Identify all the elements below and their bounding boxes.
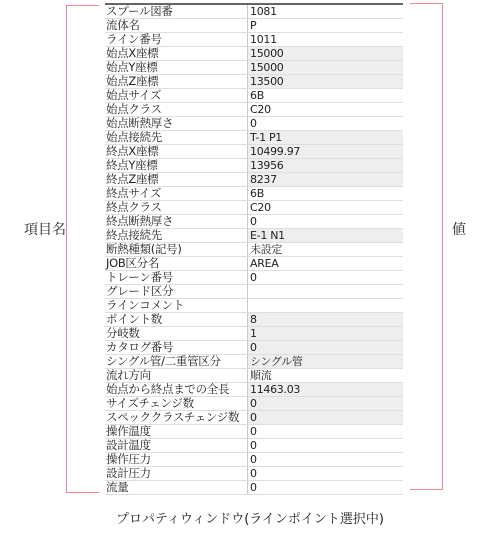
property-row[interactable]: サイズチェンジ数0 [105,397,403,411]
property-name: 終点接続先 [105,229,248,242]
property-value[interactable]: 0 [248,481,403,494]
property-row[interactable]: ラインコメント [105,299,403,313]
property-row[interactable]: 終点X座標10499.97 [105,145,403,159]
property-name: 終点クラス [105,201,248,214]
property-name: 流れ方向 [105,369,248,382]
property-name: 始点Y座標 [105,61,248,74]
property-name: 設計圧力 [105,467,248,480]
value-bracket [410,3,443,490]
property-row[interactable]: 設計温度0 [105,439,403,453]
property-value: 0 [248,411,403,424]
property-name: トレーン番号 [105,271,248,284]
property-value: 15000 [248,47,403,60]
property-name: ライン番号 [105,33,248,46]
property-name: シングル管/二重管区分 [105,355,248,368]
property-row[interactable]: 始点から終点までの全長11463.03 [105,383,403,397]
property-value: 10499.97 [248,145,403,158]
property-name: ラインコメント [105,299,248,312]
property-value: 13956 [248,159,403,172]
property-name: 分岐数 [105,327,248,340]
property-name: サイズチェンジ数 [105,397,248,410]
property-row[interactable]: 終点断熱厚さ0 [105,215,403,229]
property-name: ポイント数 [105,313,248,326]
property-value[interactable]: 6B [248,187,403,200]
property-value[interactable]: 6B [248,89,403,102]
property-value: 8237 [248,173,403,186]
property-name: 終点Z座標 [105,173,248,186]
property-name: 設計温度 [105,439,248,452]
property-value[interactable]: 順流 [248,369,403,382]
property-row[interactable]: シングル管/二重管区分シングル管 [105,355,403,369]
property-name: 終点Y座標 [105,159,248,172]
property-value[interactable]: 0 [248,117,403,130]
property-name: 終点断熱厚さ [105,215,248,228]
property-name: スプール図番 [105,5,248,18]
value-label: 値 [452,219,466,239]
property-value: E-1 N1 [248,229,403,242]
figure-caption: プロパティウィンドウ(ラインポイント選択中) [0,508,500,527]
property-row[interactable]: 終点サイズ6B [105,187,403,201]
property-row[interactable]: 始点サイズ6B [105,89,403,103]
property-value[interactable] [248,285,403,298]
property-value: 8 [248,313,403,326]
property-name: JOB区分名 [105,257,248,270]
property-row[interactable]: 設計圧力0 [105,467,403,481]
property-row[interactable]: 終点接続先E-1 N1 [105,229,403,243]
property-row[interactable]: グレード区分 [105,285,403,299]
property-name: 始点断熱厚さ [105,117,248,130]
property-value[interactable]: 0 [248,439,403,452]
item-name-label: 項目名 [24,219,66,239]
property-row[interactable]: 始点クラスC20 [105,103,403,117]
property-value: T-1 P1 [248,131,403,144]
property-row[interactable]: 分岐数1 [105,327,403,341]
property-row[interactable]: 操作圧力0 [105,453,403,467]
property-row[interactable]: 始点接続先T-1 P1 [105,131,403,145]
property-row[interactable]: ポイント数8 [105,313,403,327]
property-value[interactable]: 0 [248,425,403,438]
property-row[interactable]: スプール図番1081 [105,5,403,19]
property-name: 始点クラス [105,103,248,116]
property-value: 13500 [248,75,403,88]
property-name: 終点X座標 [105,145,248,158]
property-name: 流体名 [105,19,248,32]
property-name: 始点X座標 [105,47,248,60]
property-row[interactable]: 流体名P [105,19,403,33]
property-row[interactable]: 終点Z座標8237 [105,173,403,187]
property-row[interactable]: 始点X座標15000 [105,47,403,61]
property-name: グレード区分 [105,285,248,298]
property-row[interactable]: 流量0 [105,481,403,495]
property-row[interactable]: JOB区分名AREA [105,257,403,271]
property-row[interactable]: 始点Z座標13500 [105,75,403,89]
property-name: 終点サイズ [105,187,248,200]
property-value: 0 [248,397,403,410]
property-value: 0 [248,341,403,354]
property-row[interactable]: 始点断熱厚さ0 [105,117,403,131]
property-value[interactable] [248,299,403,312]
property-value[interactable]: 0 [248,453,403,466]
property-row[interactable]: 断熱種類(記号)未設定 [105,243,403,257]
property-row[interactable]: スペッククラスチェンジ数0 [105,411,403,425]
property-value[interactable]: 0 [248,271,403,284]
property-value[interactable]: 1011 [248,33,403,46]
property-name: 流量 [105,481,248,494]
property-value[interactable]: 未設定 [248,243,403,256]
property-value[interactable]: P [248,19,403,32]
property-value[interactable]: C20 [248,103,403,116]
item-name-bracket [66,5,99,493]
property-value: 15000 [248,61,403,74]
property-name: 操作温度 [105,425,248,438]
property-value: 11463.03 [248,383,403,396]
property-row[interactable]: 流れ方向順流 [105,369,403,383]
property-value[interactable]: AREA [248,257,403,270]
property-grid: スプール図番1081流体名Pライン番号1011始点X座標15000始点Y座標15… [105,3,403,495]
property-name: 始点から終点までの全長 [105,383,248,396]
property-row[interactable]: ライン番号1011 [105,33,403,47]
property-value[interactable]: 0 [248,467,403,480]
property-name: スペッククラスチェンジ数 [105,411,248,424]
property-name: カタログ番号 [105,341,248,354]
property-row[interactable]: カタログ番号0 [105,341,403,355]
property-value[interactable]: 1081 [248,5,403,18]
property-row[interactable]: 始点Y座標15000 [105,61,403,75]
property-value[interactable]: C20 [248,201,403,214]
property-name: 断熱種類(記号) [105,243,248,256]
property-row[interactable]: トレーン番号0 [105,271,403,285]
property-value: 1 [248,327,403,340]
property-name: 始点Z座標 [105,75,248,88]
property-value: シングル管 [248,355,403,368]
property-name: 始点サイズ [105,89,248,102]
property-name: 始点接続先 [105,131,248,144]
property-row[interactable]: 終点クラスC20 [105,201,403,215]
property-row[interactable]: 終点Y座標13956 [105,159,403,173]
property-name: 操作圧力 [105,453,248,466]
property-row[interactable]: 操作温度0 [105,425,403,439]
property-value[interactable]: 0 [248,215,403,228]
